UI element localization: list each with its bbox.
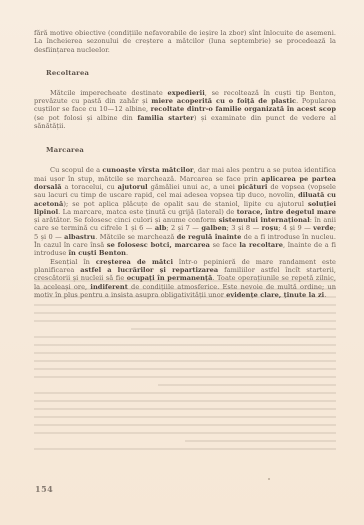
showthrough-line — [34, 416, 336, 418]
body-text: . — [324, 291, 326, 299]
showthrough-line — [34, 344, 336, 346]
body-text: Cu scopul de a — [50, 166, 102, 174]
emphasized-text: ajutorul — [118, 183, 148, 191]
paragraph-recoltarea: Mătcile imperecheate destinate expedieri… — [34, 89, 336, 130]
body-text: gămăliei unui ac, a unei — [148, 183, 238, 191]
section-heading-recoltarea: Recoltarea — [46, 69, 336, 77]
emphasized-text: indiferent — [90, 283, 127, 291]
body-text: se face — [210, 241, 239, 249]
emphasized-text: de regulă înainte — [177, 233, 242, 241]
section-heading-marcarea: Marcarea — [46, 146, 336, 154]
emphasized-text: verde — [313, 224, 334, 232]
emphasized-text: evidențe clare, ținute la zi — [226, 291, 324, 299]
showthrough-line — [34, 400, 336, 402]
emphasized-text: sistemului internațional — [219, 216, 310, 224]
page-number: 154 — [35, 484, 53, 494]
book-page: fără motive obiective (condițiile nefavo… — [0, 0, 364, 525]
paragraph-marcarea-2: Esențial în creșterea de mătci într-o pe… — [34, 258, 336, 299]
showthrough-line — [34, 408, 336, 410]
emphasized-text: albastru — [64, 233, 95, 241]
emphasized-text: roșu — [262, 224, 279, 232]
showthrough-line — [34, 304, 336, 306]
emphasized-text: astfel a lucrărilor și repartizarea — [80, 266, 218, 274]
showthrough-line — [34, 360, 336, 362]
body-text: și arătător. Se folosesc cinci culori și… — [34, 216, 219, 224]
showthrough-line — [34, 320, 336, 322]
showthrough-line — [34, 376, 336, 378]
showthrough-line — [34, 424, 336, 426]
emphasized-text: alb — [155, 224, 167, 232]
body-text: a toracelui, cu — [62, 183, 118, 191]
showthrough-line — [34, 352, 336, 354]
body-text: . Mătcile se marchează — [95, 233, 176, 241]
emphasized-text: picături — [238, 183, 268, 191]
emphasized-text: ocupați în permanență — [127, 274, 213, 282]
reverse-side-showthrough — [34, 280, 336, 460]
emphasized-text: se folosesc botci, marcarea — [107, 241, 210, 249]
emphasized-text: miere acoperită cu o foiță de plastic — [151, 97, 296, 105]
emphasized-text: expedierii — [168, 89, 205, 97]
body-text: . — [126, 249, 128, 257]
showthrough-line — [185, 440, 336, 442]
paragraph-marcarea-1: Cu scopul de a cunoaște vîrsta mătcilor,… — [34, 166, 336, 257]
body-text: (se pot folosi și albine din — [34, 114, 137, 122]
body-text: ); se pot aplica plăcuțe de opalit sau d… — [63, 200, 308, 208]
showthrough-line — [158, 384, 336, 386]
paper-speck — [268, 478, 270, 480]
emphasized-text: la recoltare — [239, 241, 283, 249]
showthrough-line — [34, 336, 336, 338]
body-text: . La marcare, matca este ținută cu grijă… — [58, 208, 237, 216]
page-content: fără motive obiective (condițiile nefavo… — [34, 29, 336, 299]
showthrough-line — [34, 312, 336, 314]
emphasized-text: creșterea de mătci — [96, 258, 173, 266]
showthrough-line — [34, 432, 336, 434]
emphasized-text: torace, între degetul mare — [237, 208, 336, 216]
showthrough-line — [131, 328, 336, 330]
intro-paragraph: fără motive obiective (condițiile nefavo… — [34, 29, 336, 54]
body-text: ; 2 și 7 — — [166, 224, 201, 232]
showthrough-line — [34, 392, 336, 394]
body-text: Mătcile imperecheate destinate — [50, 89, 168, 97]
emphasized-text: familia starter — [137, 114, 193, 122]
emphasized-text: cunoaște vîrsta mătcilor — [102, 166, 193, 174]
showthrough-line — [34, 368, 336, 370]
body-text: ; 4 și 9 — — [278, 224, 313, 232]
emphasized-text: în cuști Benton — [68, 249, 126, 257]
body-text: Esențial în — [50, 258, 96, 266]
body-text: ; 3 și 8 — — [227, 224, 262, 232]
showthrough-line — [34, 448, 336, 450]
emphasized-text: galben — [201, 224, 226, 232]
emphasized-text: recoltate dintr-o familie organizată în … — [151, 105, 336, 113]
